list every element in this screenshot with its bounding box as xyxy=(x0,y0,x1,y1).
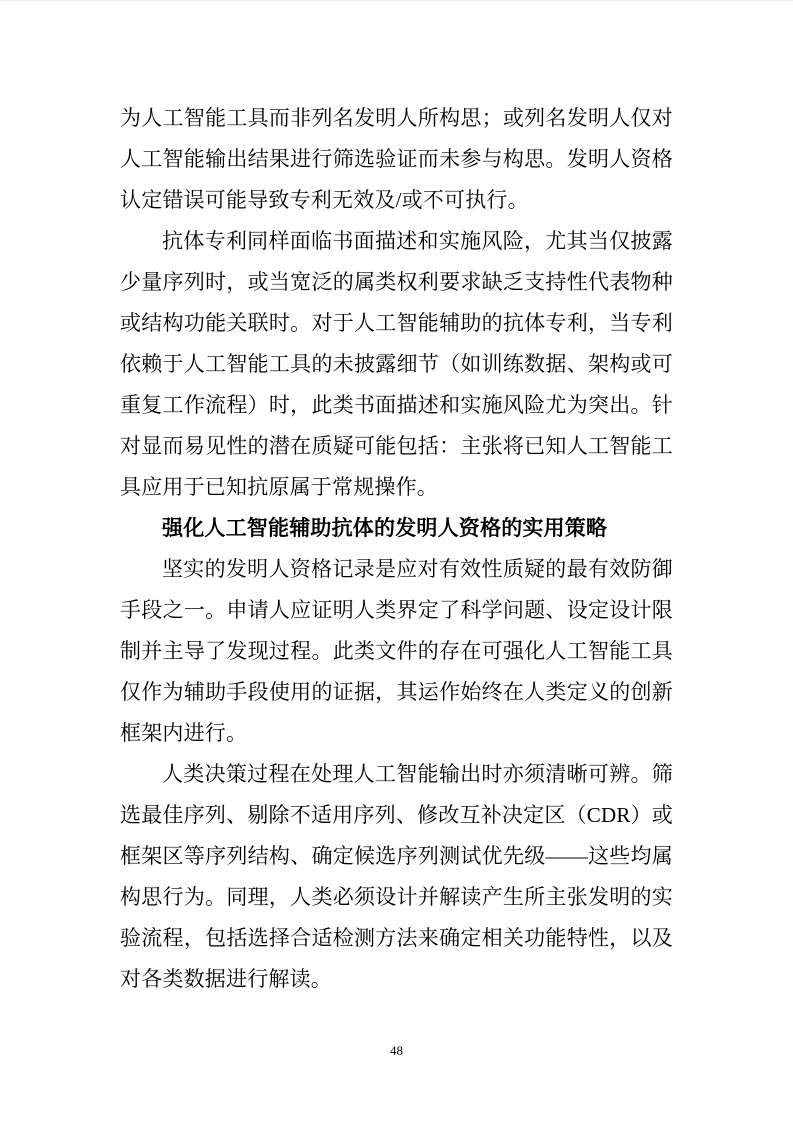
document-body: 为人工智能工具而非列名发明人所构思；或列名发明人仅对人工智能输出结果进行筛选验证… xyxy=(120,98,673,1000)
section-heading: 强化人工智能辅助抗体的发明人资格的实用策略 xyxy=(120,508,673,549)
paragraph-continuation: 为人工智能工具而非列名发明人所构思；或列名发明人仅对人工智能输出结果进行筛选验证… xyxy=(120,98,673,221)
page-number: 48 xyxy=(0,1043,793,1059)
paragraph-human-decision-process: 人类决策过程在处理人工智能输出时亦须清晰可辨。筛选最佳序列、剔除不适用序列、修改… xyxy=(120,754,673,1000)
paragraph-antibody-patent-risks: 抗体专利同样面临书面描述和实施风险，尤其当仅披露少量序列时，或当宽泛的属类权利要… xyxy=(120,221,673,508)
document-page: 为人工智能工具而非列名发明人所构思；或列名发明人仅对人工智能输出结果进行筛选验证… xyxy=(0,0,793,1122)
paragraph-inventorship-record: 坚实的发明人资格记录是应对有效性质疑的最有效防御手段之一。申请人应证明人类界定了… xyxy=(120,549,673,754)
